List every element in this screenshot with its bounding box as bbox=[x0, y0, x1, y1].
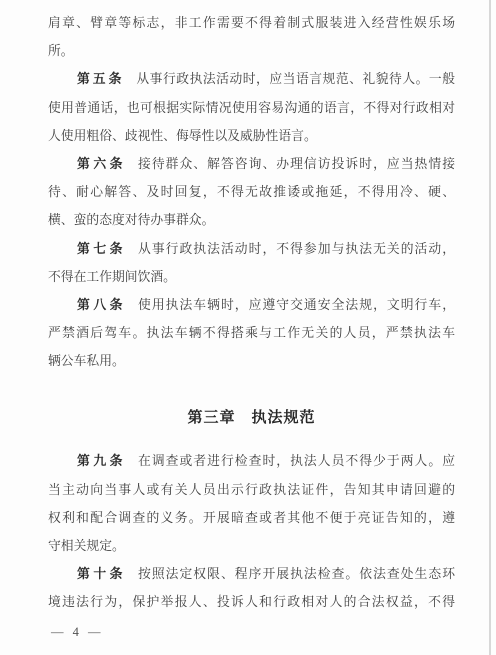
text-line: 第八条使用执法车辆时，应遵守交通安全法规，文明行车， bbox=[48, 291, 455, 319]
text-line: 肩章、臂章等标志，非工作需要不得着制式服装进入经营性娱乐场 bbox=[48, 9, 455, 37]
article-number: 第八条 bbox=[77, 297, 126, 312]
article-paragraph: 第五条从事行政执法活动时，应当语言规范、礼貌待人。一般使用普通话，也可根据实际情… bbox=[48, 65, 455, 150]
document-body: 肩章、臂章等标志，非工作需要不得着制式服装进入经营性娱乐场所。第五条从事行政执法… bbox=[48, 9, 455, 617]
text-line: 严禁酒后驾车。执法车辆不得搭乘与工作无关的人员，严禁执法车 bbox=[48, 319, 455, 347]
article-paragraph: 第十条按照法定权限、程序开展执法检查。依法查处生态环境违法行为，保护举报人、投诉… bbox=[48, 560, 455, 616]
body-paragraph: 肩章、臂章等标志，非工作需要不得着制式服装进入经营性娱乐场所。 bbox=[48, 9, 455, 65]
text-line: 辆公车私用。 bbox=[48, 347, 455, 375]
text-line: 待、耐心解答、及时回复，不得无故推诿或拖延，不得用冷、硬、 bbox=[48, 178, 455, 206]
article-text: 按照法定权限、程序开展执法检查。依法查处生态环 bbox=[138, 567, 455, 581]
chapter-heading: 第三章 执法规范 bbox=[48, 403, 455, 433]
article-paragraph: 第八条使用执法车辆时，应遵守交通安全法规，文明行车，严禁酒后驾车。执法车辆不得搭… bbox=[48, 291, 455, 376]
text-line: 当主动向当事人或有关人员出示行政执法证件，告知其申请回避的 bbox=[48, 476, 455, 504]
article-number: 第六条 bbox=[77, 156, 126, 171]
article-text: 接待群众、解答咨询、办理信访投诉时，应当热情接 bbox=[138, 157, 455, 171]
text-line: 第五条从事行政执法活动时，应当语言规范、礼貌待人。一般 bbox=[48, 65, 455, 93]
article-text: 在调查或者进行检查时，执法人员不得少于两人。应 bbox=[138, 454, 455, 468]
text-line: 人使用粗俗、歧视性、侮辱性以及威胁性语言。 bbox=[48, 122, 455, 150]
document-page: 肩章、臂章等标志，非工作需要不得着制式服装进入经营性娱乐场所。第五条从事行政执法… bbox=[0, 0, 496, 655]
text-line: 不得在工作期间饮酒。 bbox=[48, 263, 455, 291]
article-text: 使用执法车辆时，应遵守交通安全法规，文明行车， bbox=[138, 298, 455, 312]
text-line: 使用普通话，也可根据实际情况使用容易沟通的语言，不得对行政相对 bbox=[48, 94, 455, 122]
article-text: 从事行政执法活动时，应当语言规范、礼貌待人。一般 bbox=[136, 72, 455, 86]
scan-edge-artifact bbox=[489, 0, 491, 655]
text-line: 境违法行为，保护举报人、投诉人和行政相对人的合法权益，不得 bbox=[48, 588, 455, 616]
article-paragraph: 第六条接待群众、解答咨询、办理信访投诉时，应当热情接待、耐心解答、及时回复，不得… bbox=[48, 150, 455, 235]
text-line: 所。 bbox=[48, 37, 455, 65]
article-number: 第九条 bbox=[77, 453, 126, 468]
article-number: 第十条 bbox=[77, 566, 126, 581]
text-line: 第十条按照法定权限、程序开展执法检查。依法查处生态环 bbox=[48, 560, 455, 588]
page-number: — 4 — bbox=[51, 625, 104, 640]
text-line: 第七条从事行政执法活动时，不得参加与执法无关的活动， bbox=[48, 235, 455, 263]
text-line: 权利和配合调查的义务。开展暗查或者其他不便于亮证告知的，遵 bbox=[48, 504, 455, 532]
text-line: 守相关规定。 bbox=[48, 532, 455, 560]
text-line: 横、蛮的态度对待办事群众。 bbox=[48, 206, 455, 234]
article-text: 从事行政执法活动时，不得参加与执法无关的活动， bbox=[138, 242, 455, 256]
text-line: 第九条在调查或者进行检查时，执法人员不得少于两人。应 bbox=[48, 447, 455, 475]
article-paragraph: 第九条在调查或者进行检查时，执法人员不得少于两人。应当主动向当事人或有关人员出示… bbox=[48, 447, 455, 560]
article-paragraph: 第七条从事行政执法活动时，不得参加与执法无关的活动，不得在工作期间饮酒。 bbox=[48, 235, 455, 291]
article-number: 第七条 bbox=[77, 241, 126, 256]
text-line: 第六条接待群众、解答咨询、办理信访投诉时，应当热情接 bbox=[48, 150, 455, 178]
article-number: 第五条 bbox=[77, 71, 124, 86]
